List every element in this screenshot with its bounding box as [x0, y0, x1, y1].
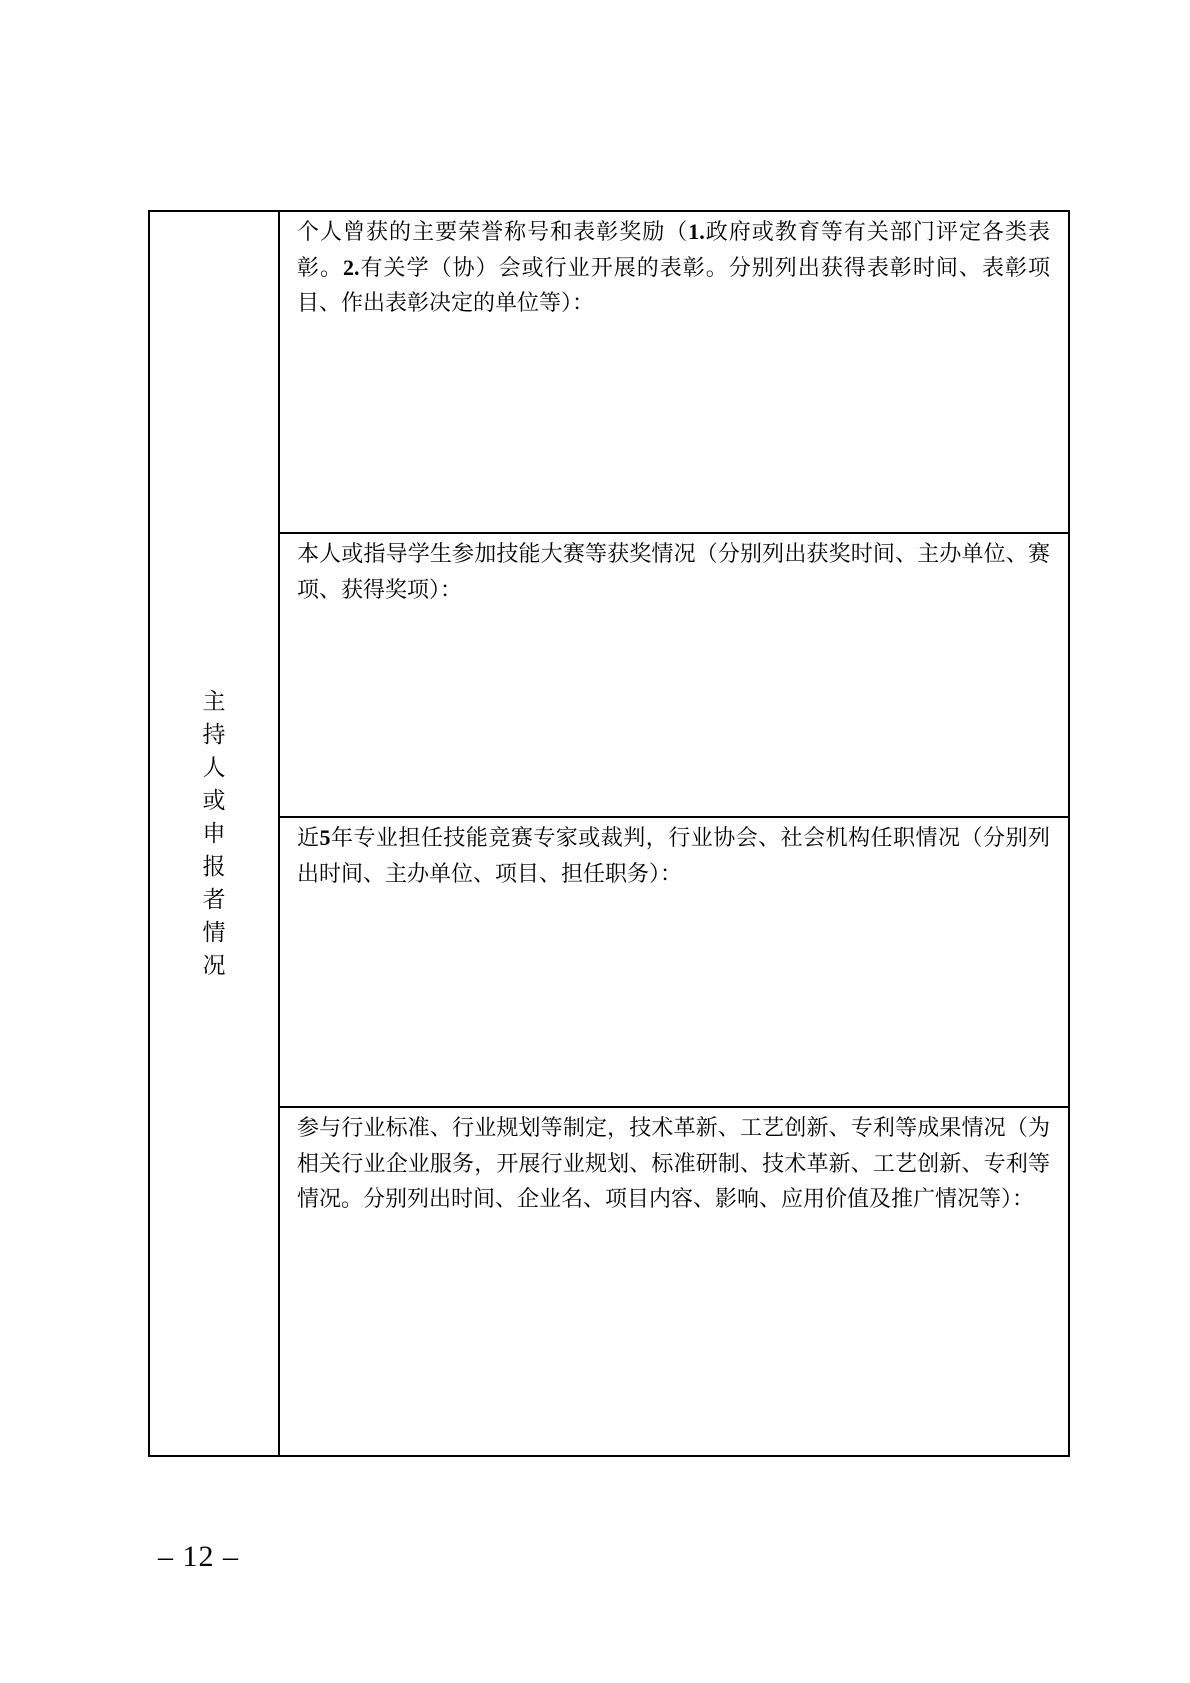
page-number: – 12 – — [158, 1540, 239, 1574]
cell-competition-awards-prompt: 本人或指导学生参加技能大赛等获奖情况（分别列出获奖时间、主办单位、赛项、获得奖项… — [280, 534, 1068, 818]
stub-vertical-label: 主持人或申报者情况 — [203, 685, 226, 982]
cell-expert-judge-roles-prompt: 近5年专业担任技能竞赛专家或裁判，行业协会、社会机构任职情况（分别列出时间、主办… — [280, 818, 1068, 1108]
document-page: { "page": { "background": "#ffffff", "te… — [0, 0, 1190, 1683]
cell-honors-awards-prompt: 个人曾获的主要荣誉称号和表彰奖励（1.政府或教育等有关部门评定各类表彰。2.有关… — [280, 212, 1068, 534]
cell-standards-innovation-prompt: 参与行业标准、行业规划等制定，技术革新、工艺创新、专利等成果情况（为相关行业企业… — [280, 1108, 1068, 1455]
application-form-table: 主持人或申报者情况 个人曾获的主要荣誉称号和表彰奖励（1.政府或教育等有关部门评… — [148, 210, 1070, 1457]
form-content-column: 个人曾获的主要荣誉称号和表彰奖励（1.政府或教育等有关部门评定各类表彰。2.有关… — [280, 212, 1068, 1455]
stub-cell-applicant-info: 主持人或申报者情况 — [150, 212, 280, 1455]
